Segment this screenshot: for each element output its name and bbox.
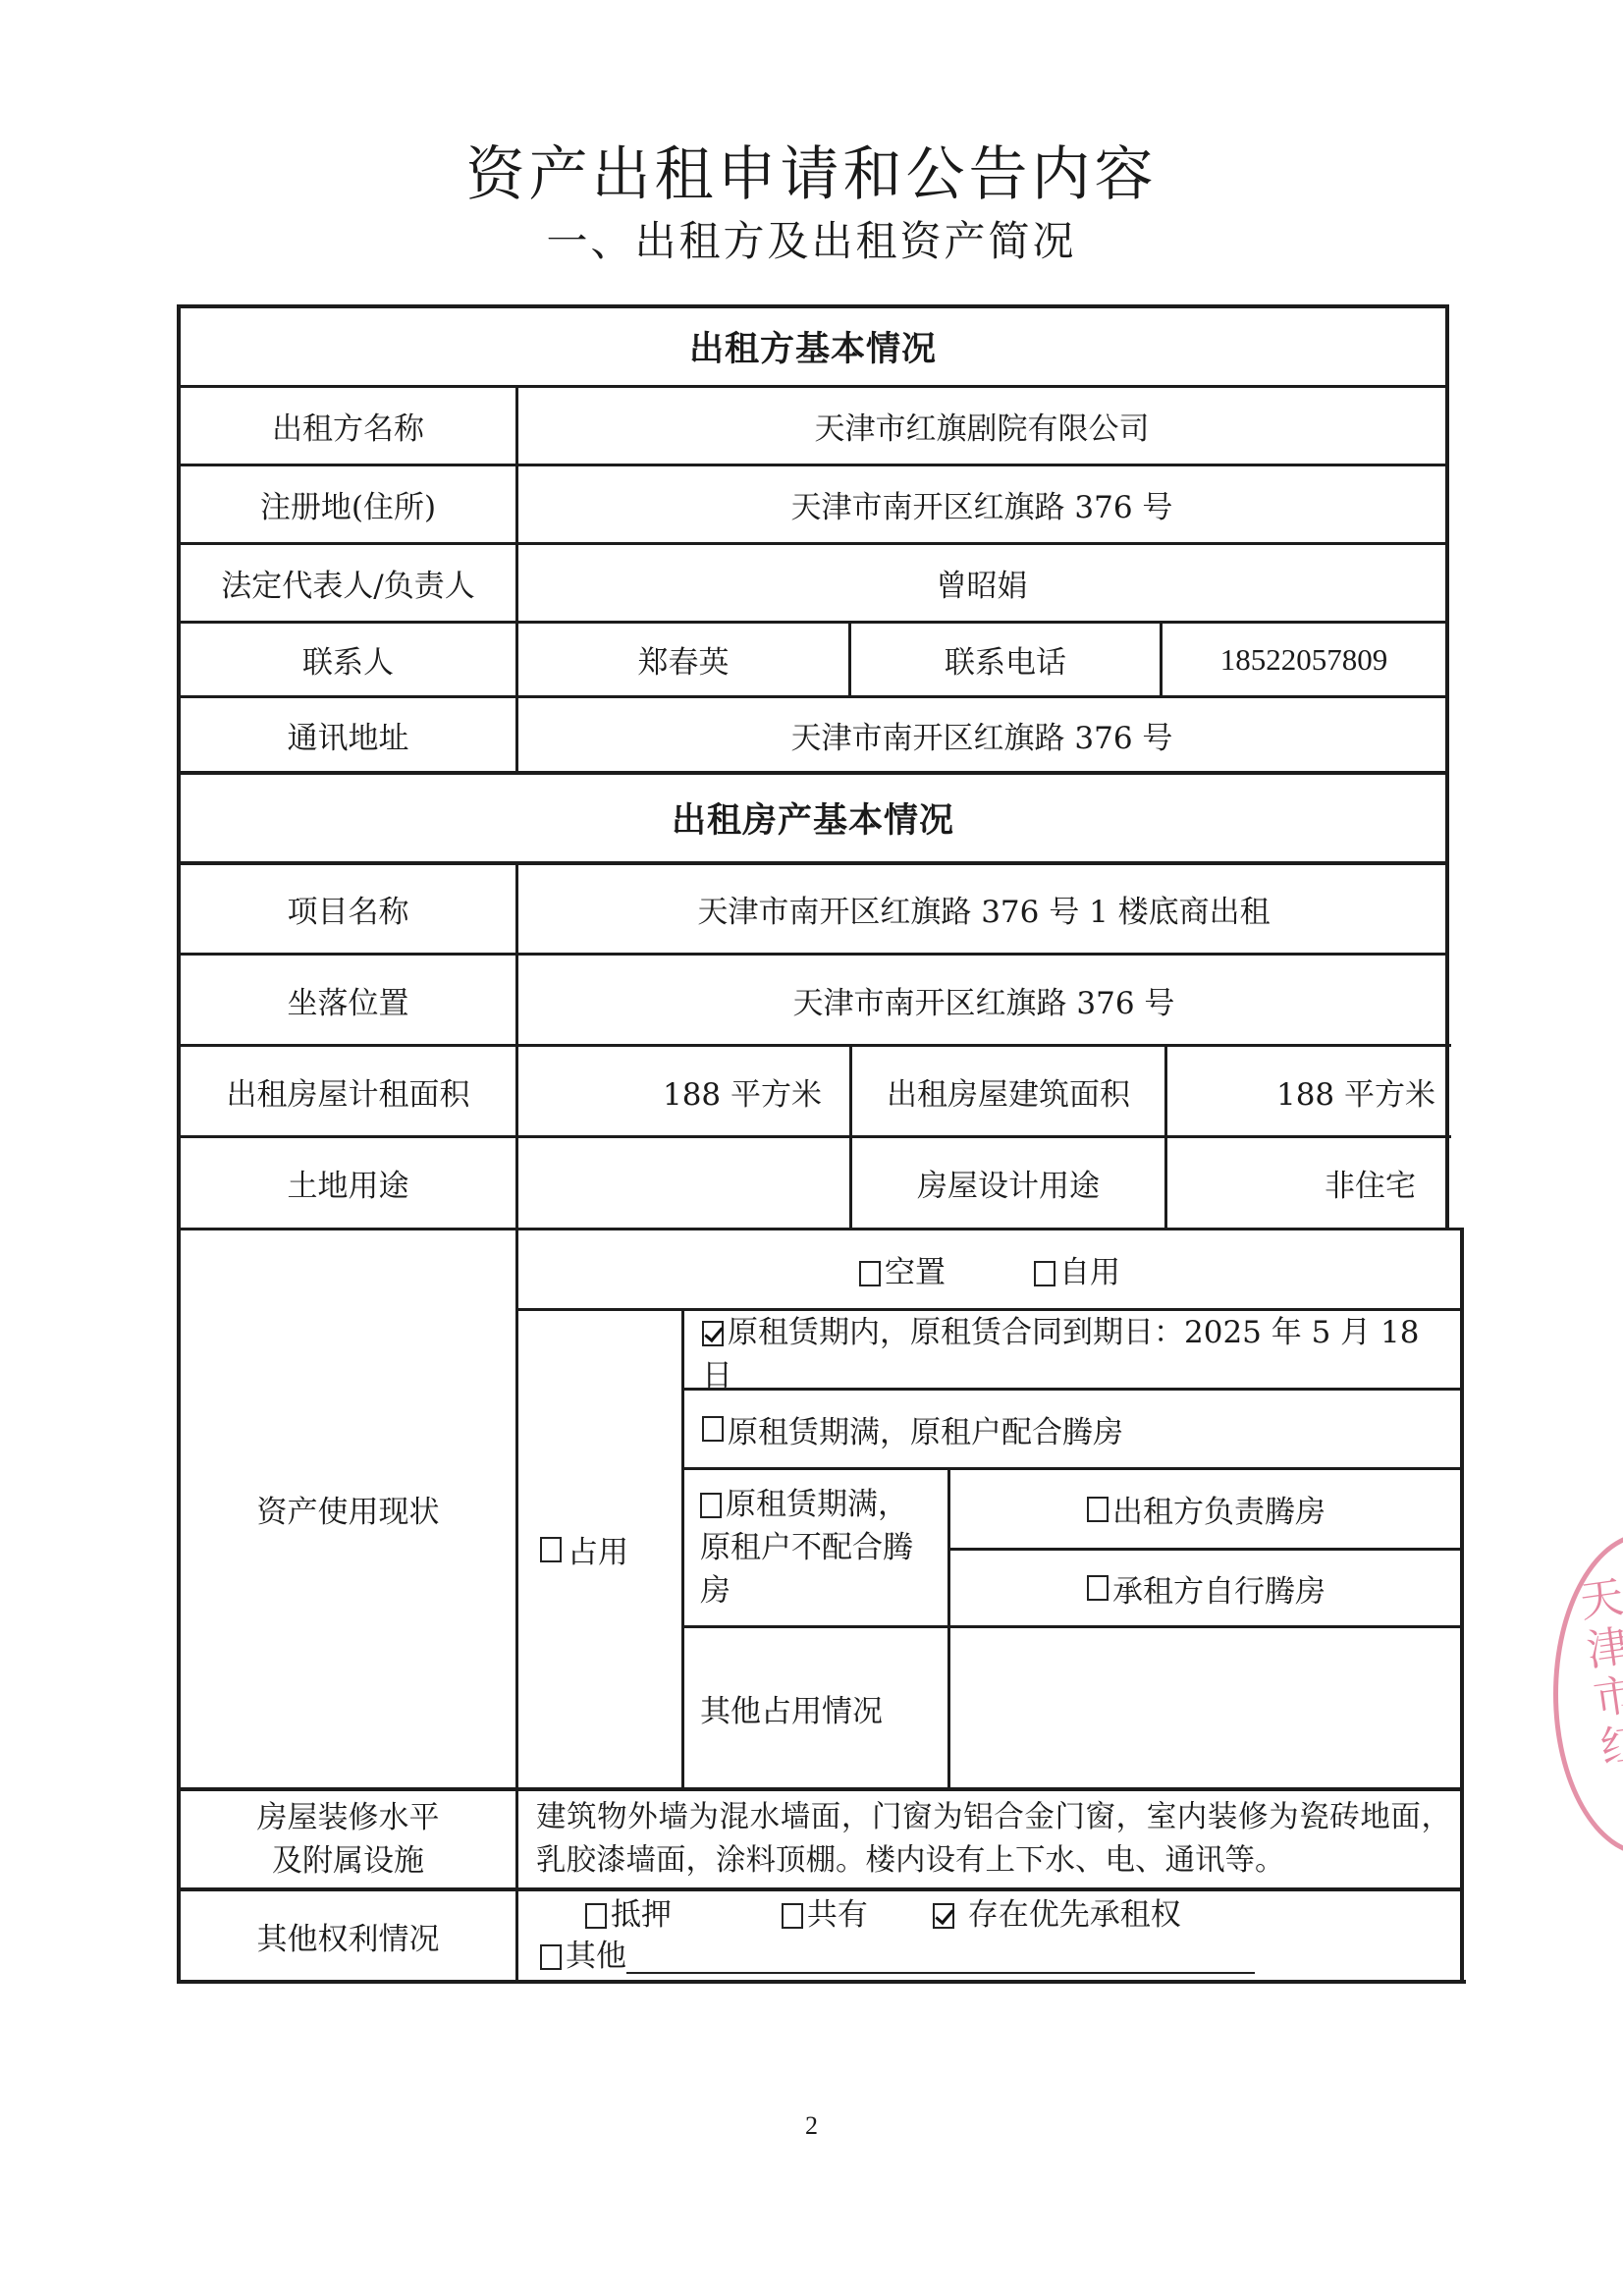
location-value: 天津市南开区红旗路 376 号: [518, 956, 1449, 1044]
lessor-name-label: 出租方名称: [181, 388, 515, 464]
priority-lease-option[interactable]: 存在优先承租权: [933, 1897, 1181, 1933]
page-number: 2: [0, 2111, 1623, 2141]
mail-address-label: 通讯地址: [181, 698, 515, 771]
project-name-value: 天津市南开区红旗路 376 号 1 楼底商出租: [518, 864, 1449, 953]
expired-not-cooperate-option[interactable]: 原租赁期满，原租户不配合腾房: [684, 1470, 947, 1625]
other-right-blank[interactable]: [626, 1942, 1255, 1974]
project-name-label: 项目名称: [181, 864, 515, 953]
priority-lease-checkbox[interactable]: [933, 1903, 954, 1929]
other-right-checkbox[interactable]: [540, 1944, 562, 1970]
legal-rep-value: 曾昭娟: [518, 545, 1445, 621]
design-use-value: 非住宅: [1167, 1138, 1449, 1228]
design-use-label: 房屋设计用途: [852, 1138, 1164, 1228]
occupied-option[interactable]: 占用: [520, 1311, 681, 1787]
other-occupancy-label: 其他占用情况: [684, 1628, 947, 1787]
lessor-section-title: 出租方基本情况: [181, 307, 1445, 385]
location-label: 坐落位置: [181, 956, 515, 1044]
lessor-name-value: 天津市红旗剧院有限公司: [518, 388, 1445, 464]
vacant-option[interactable]: 空置: [859, 1247, 946, 1291]
expired-cooperate-checkbox[interactable]: [702, 1416, 724, 1442]
occupied-checkbox[interactable]: [540, 1537, 562, 1562]
mortgage-checkbox[interactable]: [585, 1903, 607, 1929]
other-rights-label: 其他权利情况: [181, 1891, 515, 1980]
table-border-bottom: [177, 1980, 1466, 1984]
land-use-value: [518, 1138, 849, 1228]
self-use-checkbox[interactable]: [1034, 1261, 1055, 1286]
in-lease-option[interactable]: 原租赁期内，原租赁合同到期日：2025 年 5 月 18 日: [684, 1311, 1462, 1388]
contact-label: 联系人: [181, 624, 515, 695]
document-title: 资产出租申请和公告内容: [0, 128, 1623, 212]
other-right-option[interactable]: 其他: [540, 1936, 1255, 1977]
other-occupancy-value: [950, 1628, 1462, 1787]
build-area-value: 188 平方米: [1167, 1047, 1449, 1135]
lessee-vacate-option[interactable]: 承租方自行腾房: [950, 1551, 1462, 1625]
co-owned-option[interactable]: 共有: [727, 1894, 923, 1936]
mortgage-option[interactable]: 抵押: [540, 1894, 717, 1936]
expired-cooperate-option[interactable]: 原租赁期满，原租户配合腾房: [684, 1391, 1462, 1467]
usage-vacant-selfuse-row: 空置 自用: [518, 1230, 1461, 1308]
phone-label: 联系电话: [851, 624, 1160, 695]
rent-area-value: 188 平方米: [518, 1047, 849, 1135]
contact-value: 郑春英: [518, 624, 848, 695]
build-area-label: 出租房屋建筑面积: [852, 1047, 1164, 1135]
co-owned-checkbox[interactable]: [782, 1903, 803, 1929]
registered-address-label: 注册地(住所): [181, 466, 515, 542]
stamp-text: 天津市红: [1562, 1573, 1623, 1777]
section-subtitle: 一、出租方及出租资产简况: [0, 209, 1623, 268]
company-seal-stamp: 天津市红: [1553, 1532, 1623, 1856]
expired-not-cooperate-checkbox[interactable]: [700, 1493, 722, 1518]
lessor-vacate-checkbox[interactable]: [1087, 1497, 1109, 1522]
self-use-option[interactable]: 自用: [1034, 1247, 1120, 1291]
lessee-vacate-checkbox[interactable]: [1087, 1575, 1109, 1601]
usage-status-label: 资产使用现状: [181, 1230, 515, 1787]
vacant-checkbox[interactable]: [859, 1261, 881, 1286]
phone-value: 18522057809: [1163, 624, 1445, 695]
lessor-vacate-option[interactable]: 出租方负责腾房: [950, 1470, 1462, 1548]
rent-area-label: 出租房屋计租面积: [181, 1047, 515, 1135]
registered-address-value: 天津市南开区红旗路 376 号: [518, 466, 1445, 542]
legal-rep-label: 法定代表人/负责人: [181, 545, 515, 621]
decoration-value: 建筑物外墙为混水墙面，门窗为铝合金门窗，室内装修为瓷砖地面，乳胶漆墙面，涂料顶棚…: [518, 1791, 1461, 1887]
other-rights-options: 抵押 共有 存在优先承租权 其他: [518, 1891, 1461, 1980]
in-lease-checkbox[interactable]: [702, 1321, 724, 1346]
land-use-label: 土地用途: [181, 1138, 515, 1228]
property-section-title: 出租房产基本情况: [181, 775, 1445, 861]
mail-address-value: 天津市南开区红旗路 376 号: [518, 698, 1445, 771]
decoration-label: 房屋装修水平 及附属设施: [181, 1791, 515, 1887]
